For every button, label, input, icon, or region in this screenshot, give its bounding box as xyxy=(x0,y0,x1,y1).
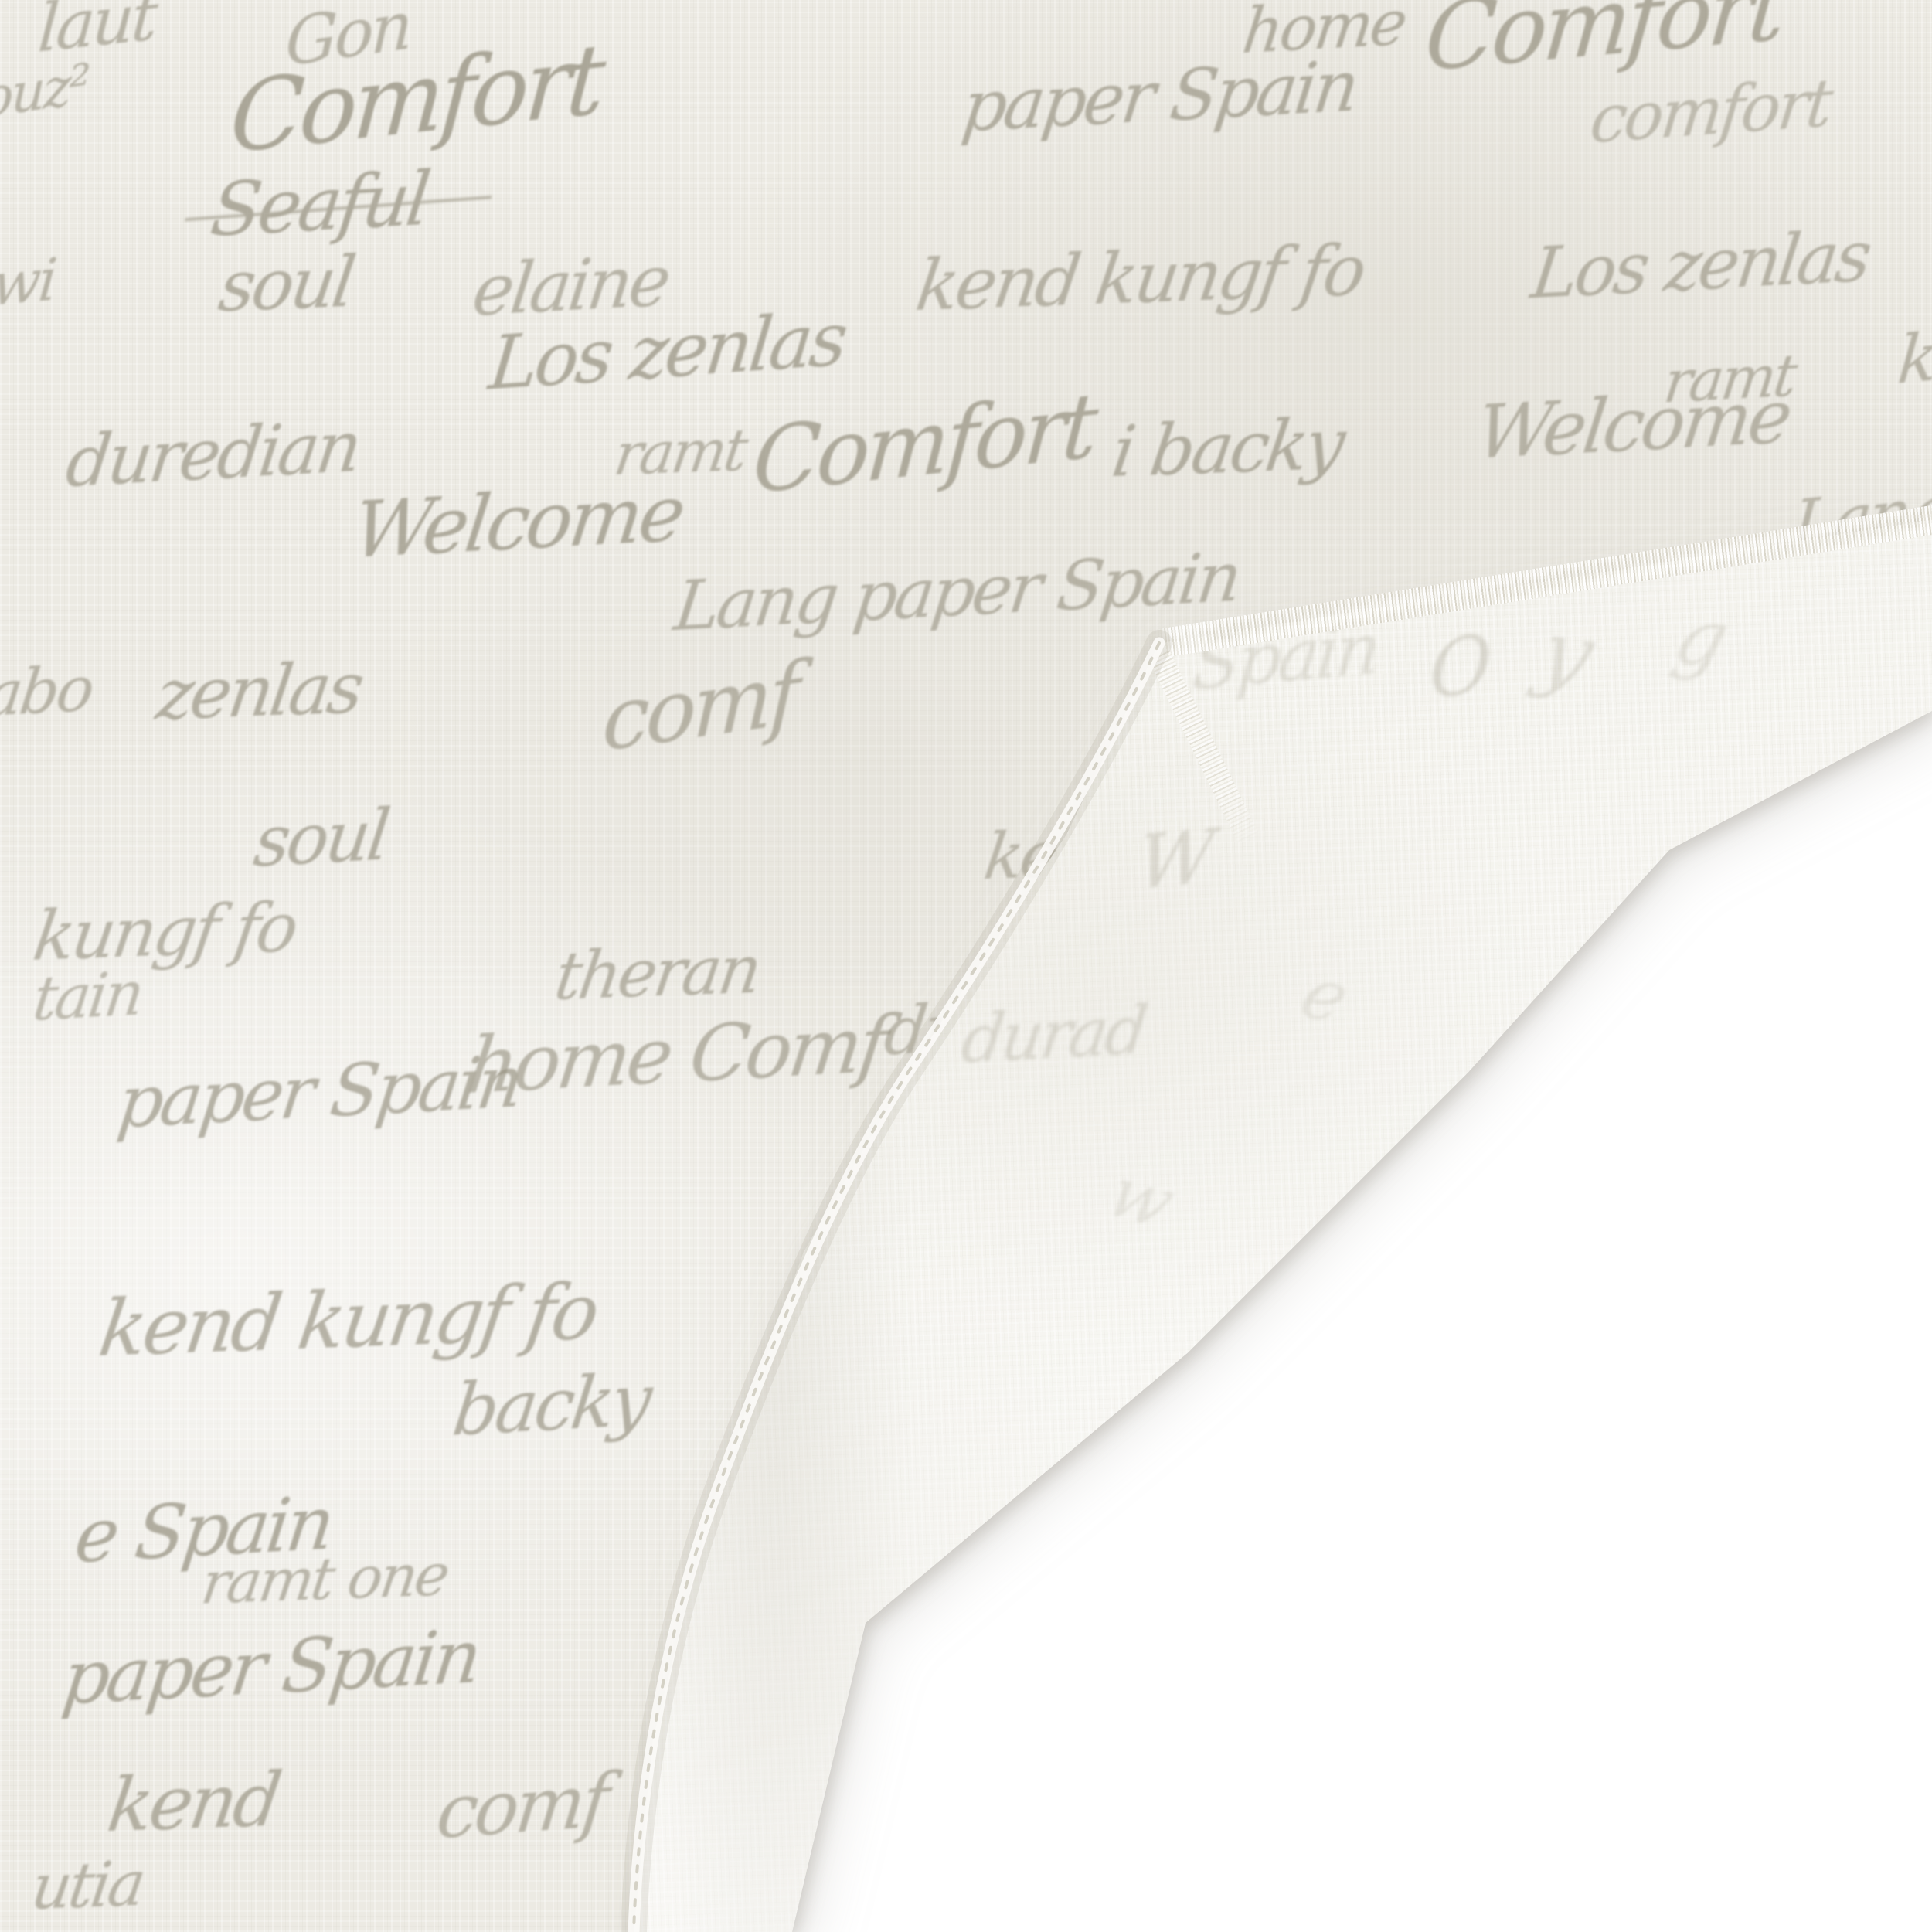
script-word: y xyxy=(1528,602,1603,704)
script-word: f xyxy=(954,1658,1009,1762)
script-word: e xyxy=(1289,953,1357,1037)
script-word: l xyxy=(1276,1454,1390,1482)
script-word: w xyxy=(1095,1153,1185,1243)
script-word: g xyxy=(1665,591,1735,684)
script-word: S xyxy=(1088,1403,1211,1475)
folded-corner-wrap: SpainOygWduradewSlf xyxy=(0,0,1932,1932)
script-word: O xyxy=(1429,615,1488,717)
script-word: durad xyxy=(957,992,1149,1079)
fabric-product-photo: lautGonhomeComfortouz²Comfortpaper Spain… xyxy=(0,0,1932,1932)
script-word: W xyxy=(1135,814,1215,906)
fabric-flap-backside: SpainOygWduradewSlf xyxy=(0,0,1932,1932)
